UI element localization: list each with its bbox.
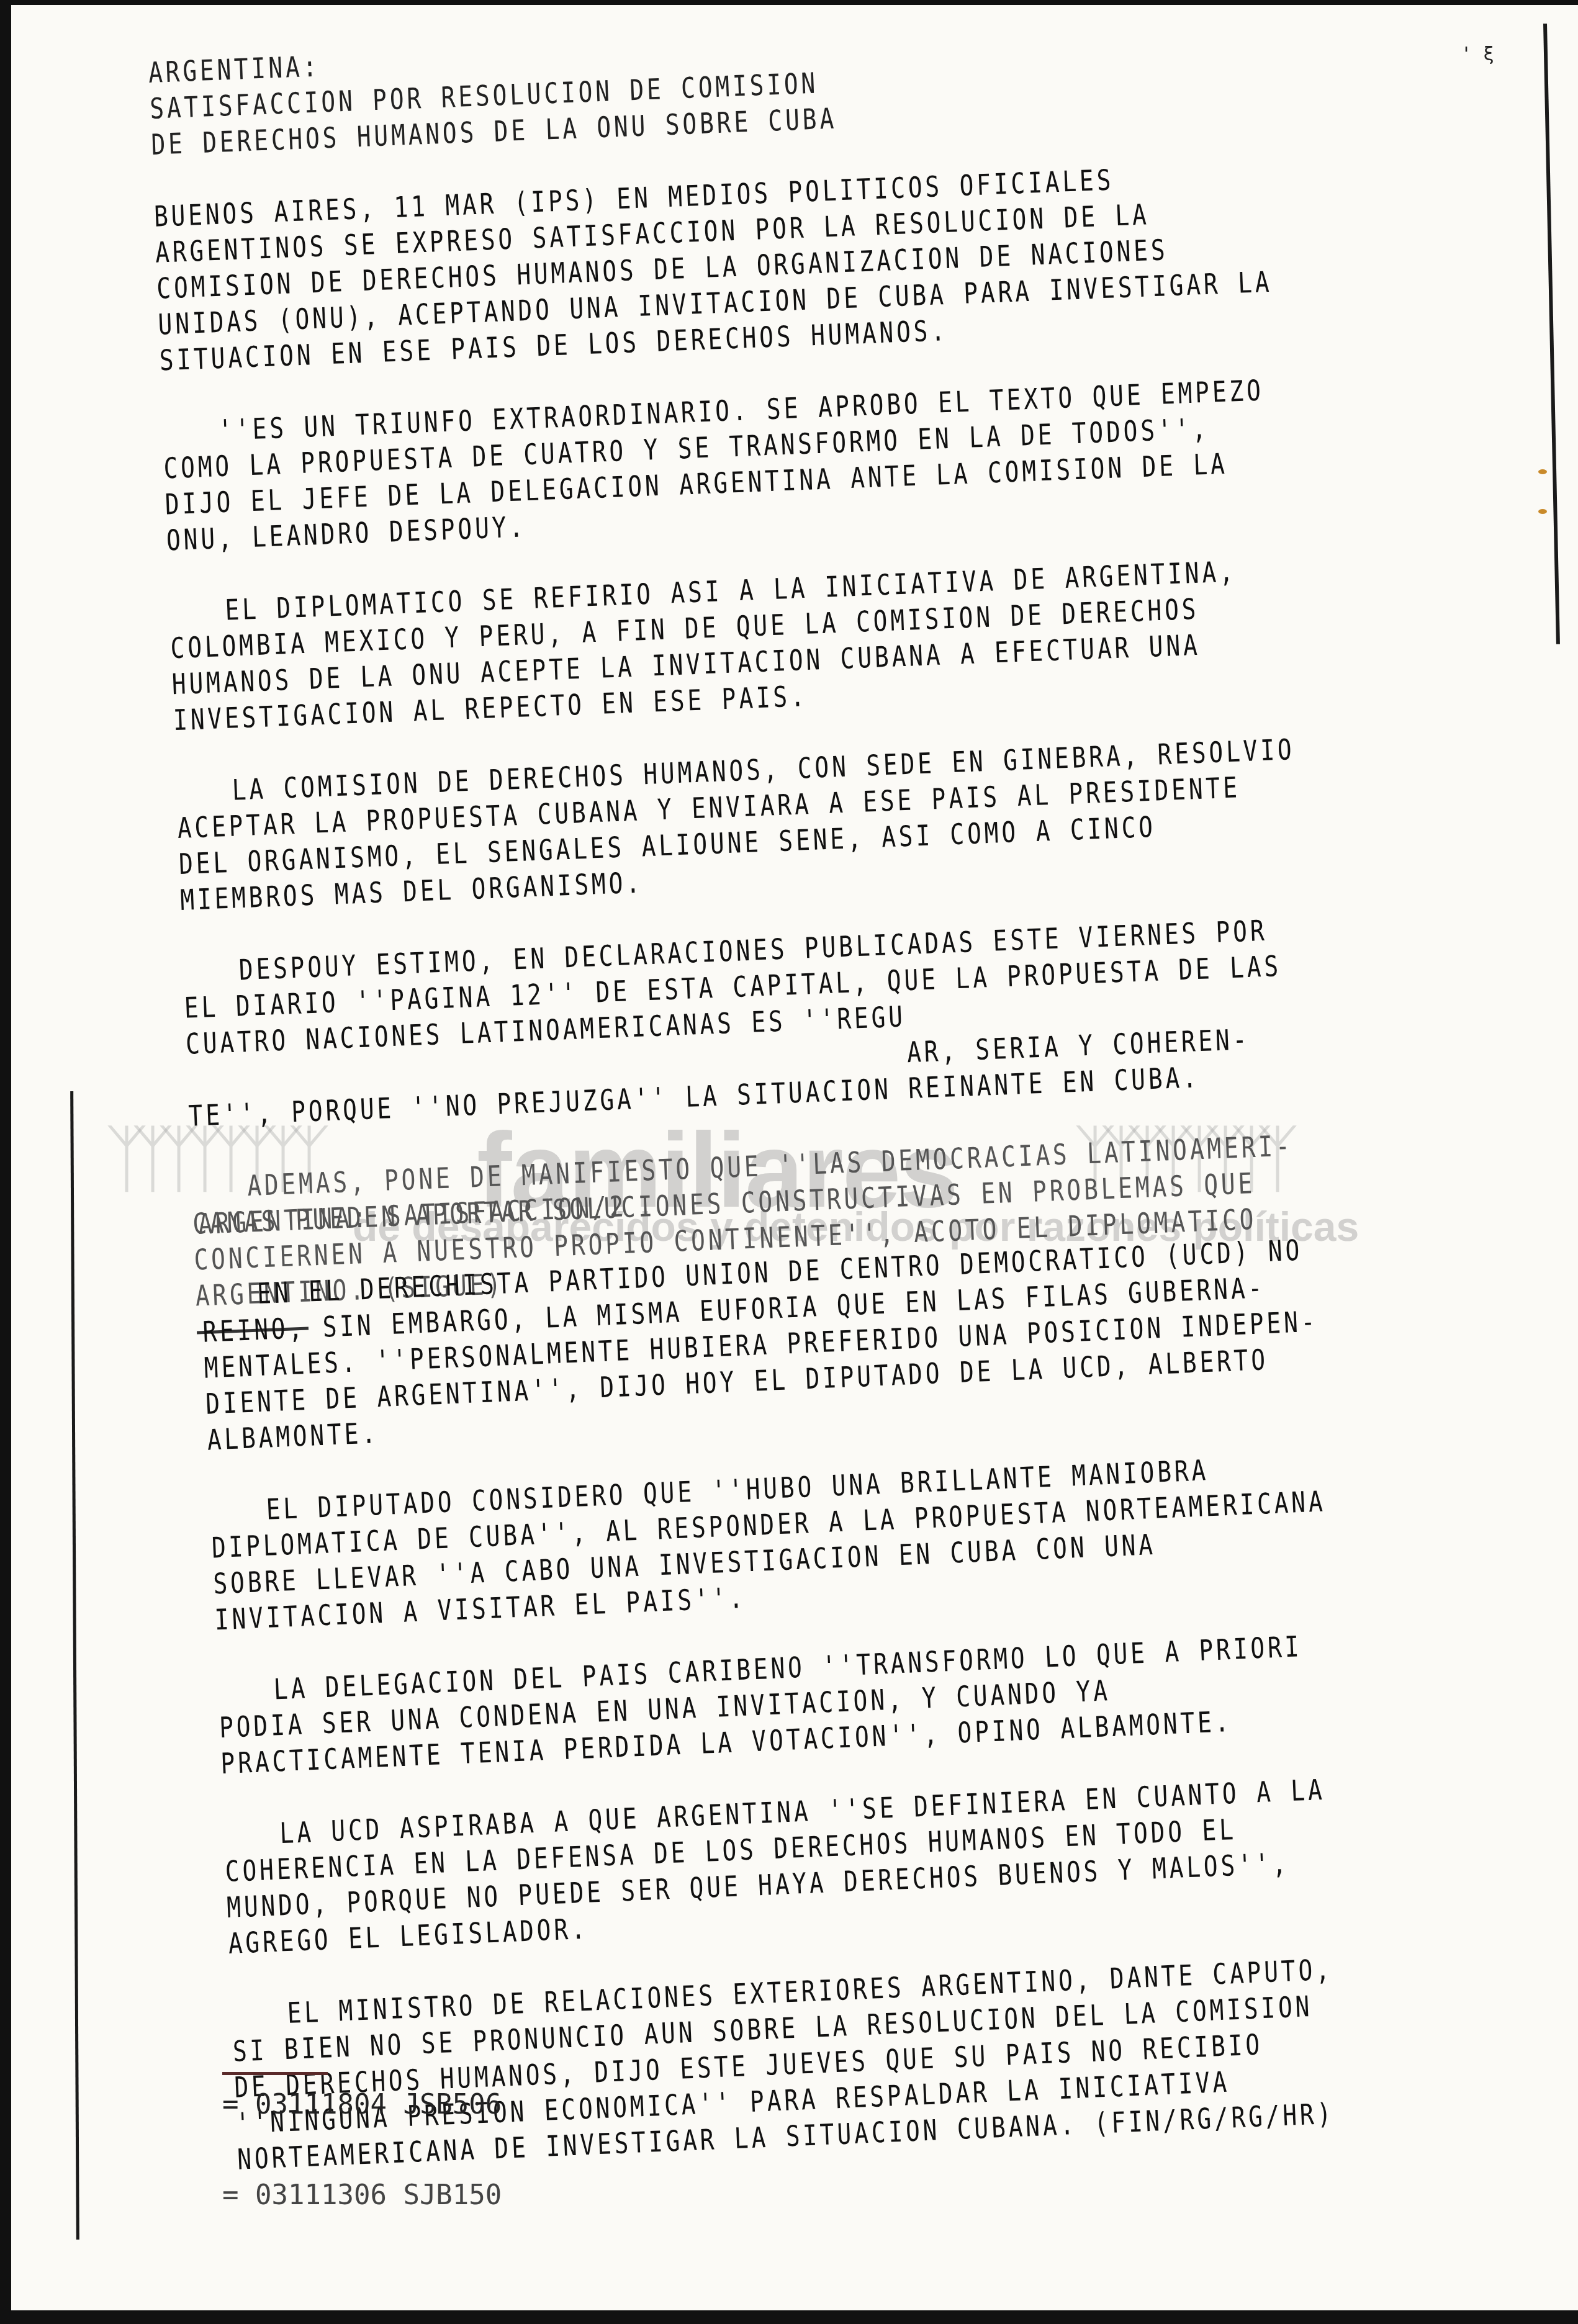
transmission-code: = 03111306 SJB150 bbox=[222, 2179, 502, 2211]
paragraph: LA UCD ASPIRABA A QUE ARGENTINA ''SE DEF… bbox=[223, 1762, 1562, 1961]
stain-mark bbox=[1538, 469, 1547, 474]
transmission-code: = 03111804 JSB506 bbox=[222, 2089, 502, 2120]
document-page: ' ξ ᛉᛉᛉᛉᛉᛉᛉᛉ familiares ᛉᛉᛉᛉᛉᛉᛉᛉ de desa… bbox=[11, 5, 1578, 2310]
paragraph: EL DIPUTADO CONSIDERO QUE ''HUBO UNA BRI… bbox=[209, 1438, 1549, 1638]
scan-edge-line-right bbox=[1543, 24, 1560, 644]
paragraph: EL DIPLOMATICO SE REFIRIO ASI A LA INICI… bbox=[168, 543, 1507, 738]
separator-rule bbox=[222, 2072, 328, 2075]
stain-mark bbox=[1538, 509, 1547, 514]
paragraph: DESPOUY ESTIMO, EN DECLARACIONES PUBLICA… bbox=[183, 903, 1523, 1133]
part2-body: EN EL DERECHISTA PARTIDO UNION DE CENTRO… bbox=[201, 1222, 1572, 2178]
scan-edge-line-left bbox=[70, 1091, 79, 2240]
paragraph: EN EL DERECHISTA PARTIDO UNION DE CENTRO… bbox=[201, 1222, 1541, 1458]
paragraph: LA COMISION DE DERECHOS HUMANOS, CON SED… bbox=[176, 723, 1515, 918]
paragraph: ''ES UN TRIUNFO EXTRAORDINARIO. SE APROB… bbox=[161, 363, 1500, 558]
transmission-codes: = 03111804 JSB506 = 03111306 SJB150 bbox=[222, 2072, 502, 2211]
part1-body: BUENOS AIRES, 11 MAR (IPS) EN MEDIOS POL… bbox=[153, 147, 1530, 1313]
cable-part-2: ARGENTINA: SATISFACCION/2 EN EL DERECHIS… bbox=[197, 1150, 1572, 2178]
paragraph: LA DELEGACION DEL PAIS CARIBENO ''TRANSF… bbox=[217, 1618, 1555, 1781]
cable-part-1: ARGENTINA: SATISFACCION POR RESOLUCION D… bbox=[148, 3, 1531, 1349]
paragraph: BUENOS AIRES, 11 MAR (IPS) EN MEDIOS POL… bbox=[153, 147, 1494, 378]
